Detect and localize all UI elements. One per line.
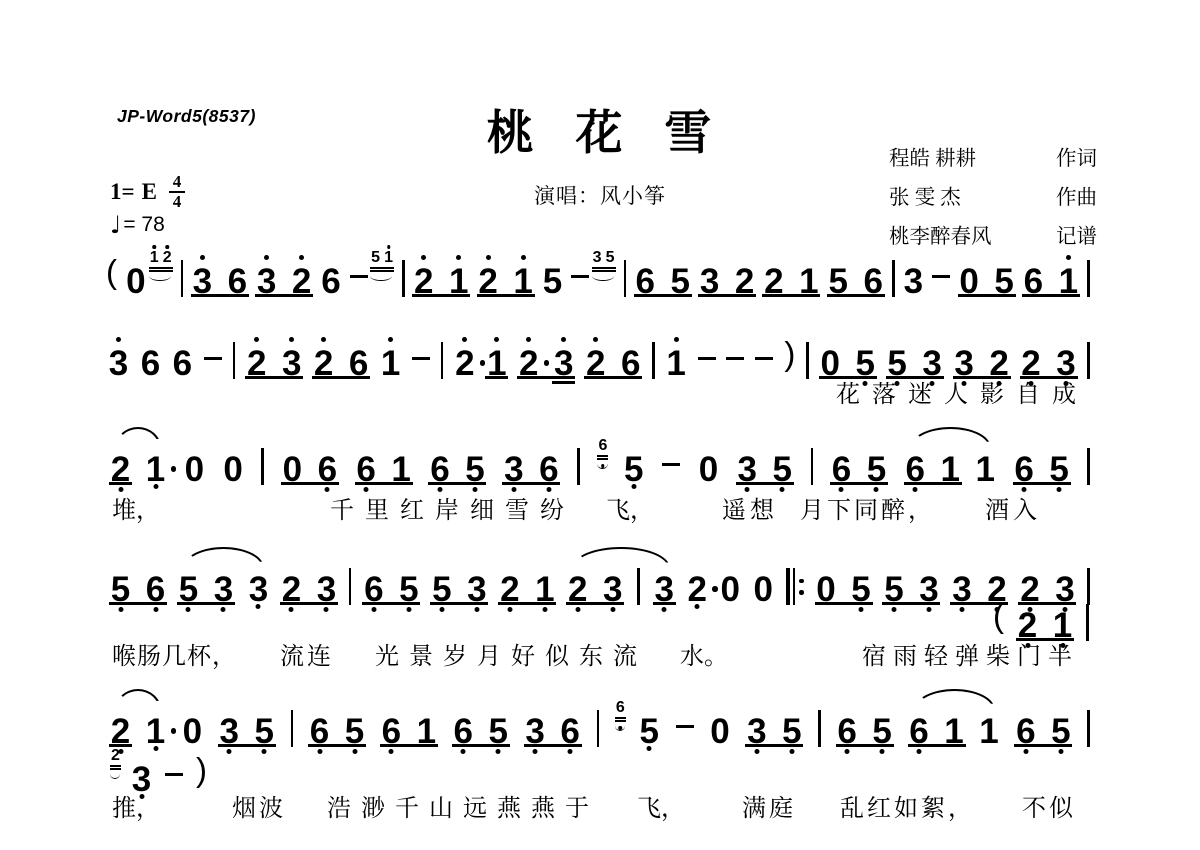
beam-line [362, 602, 420, 605]
octave-dot-below [496, 749, 501, 754]
octave-dot-zone [454, 330, 475, 344]
note-digit: 3 [922, 344, 943, 375]
repeat-thin-bar [793, 568, 795, 605]
grace-note: 1 [383, 250, 394, 266]
octave-dot-zone [429, 436, 450, 450]
beam-line [370, 270, 394, 272]
note: 0 [182, 698, 203, 742]
barline [892, 260, 895, 297]
note: 3 [219, 698, 240, 742]
octave-dot-zone [798, 248, 819, 262]
octave-dot-zone [753, 556, 774, 570]
note: 1 [448, 248, 469, 292]
note-digit: 5 [623, 450, 644, 481]
jianpu-line-1: (012363265121215356532215630561 [106, 248, 1090, 297]
octave-dot-below [507, 607, 512, 612]
octave-dot-zone [1056, 330, 1077, 344]
barline [261, 448, 264, 485]
grace-digit: 6 [597, 438, 608, 454]
octave-dot-below [568, 749, 573, 754]
note: 1 [666, 330, 687, 374]
octave-dot-zone [356, 436, 377, 450]
note-digit: 6 [317, 450, 338, 481]
octave-dot-zone [746, 698, 767, 712]
barline [577, 448, 580, 485]
note-digit: 3 [256, 262, 277, 293]
dash-note [755, 357, 773, 360]
beam-line [149, 270, 173, 272]
octave-dot-below [227, 749, 232, 754]
note-digit: 5 [872, 712, 893, 743]
note: 6 [429, 436, 450, 480]
octave-dot-below [601, 464, 605, 468]
octave-dot-zone [1050, 698, 1071, 712]
octave-dot-zone [687, 556, 708, 570]
note-digit: 1 [391, 450, 412, 481]
note-digit: 3 [503, 450, 524, 481]
octave-dot-zone [380, 330, 401, 344]
beam-group: 23 [246, 330, 302, 374]
octave-dot-zone [698, 436, 719, 450]
octave-dot-zone [398, 556, 419, 570]
note-digit: 5 [431, 570, 452, 601]
note-digit: 6 [356, 450, 377, 481]
note-digit: 6 [172, 344, 193, 375]
augmentation-dot [480, 360, 486, 366]
beam-group: 05 [820, 330, 876, 374]
beam-group: 61 [905, 436, 961, 480]
note: 0 [223, 436, 244, 480]
note: 6 [348, 330, 369, 374]
beam-group: 26 [313, 330, 369, 374]
note: 1 [940, 436, 961, 480]
note-digit: 3 [108, 344, 129, 375]
note: 5 [828, 248, 849, 292]
octave-dot-zone [391, 436, 412, 450]
octave-dot-above [1066, 255, 1071, 260]
note: 3 [131, 746, 152, 790]
score-area: (012363265121215356532215630561366232612… [0, 0, 1200, 850]
note: 1 [391, 436, 412, 480]
octave-dot-zone [182, 698, 203, 712]
octave-dot-zone [110, 436, 131, 450]
grace-note: 2 [110, 748, 121, 764]
parenthesis: ( [106, 253, 117, 291]
note-digit: 3 [918, 570, 939, 601]
octave-dot-zone [254, 698, 275, 712]
note-digit: 6 [831, 450, 852, 481]
barline [291, 710, 294, 747]
note-digit: 5 [398, 570, 419, 601]
sheet-music-page: JP-Word5(8537) 桃 花 雪 演唱：风小筝 程皓 耕耕 作词 张 雯… [0, 0, 1200, 850]
octave-dot-zone [654, 556, 675, 570]
grace-beams [149, 267, 173, 274]
note: 3 [903, 248, 924, 292]
note: 6 [560, 698, 581, 742]
note: 1 [1052, 592, 1073, 636]
jianpu-line-7: 23) [110, 746, 207, 790]
note: 5 [254, 698, 275, 742]
dash-note [204, 357, 222, 360]
note-digit: 2 [110, 450, 131, 481]
grace-slur [592, 274, 614, 281]
octave-dot-zone [1021, 330, 1042, 344]
note-digit: 3 [654, 570, 675, 601]
octave-dot-zone [538, 436, 559, 450]
jianpu-line-4: 565332365532123320005533223 [110, 556, 1090, 605]
note: 1 [798, 248, 819, 292]
lyric-segment: 月下同醉， [800, 490, 935, 525]
note: 1 [486, 330, 507, 374]
beam-group: 53 [887, 330, 943, 374]
note-digit: 0 [182, 712, 203, 743]
beam-line [412, 294, 470, 297]
note: 5 [464, 436, 485, 480]
note: 1 [513, 248, 534, 292]
octave-dot-below [153, 607, 158, 612]
note: 6 [635, 248, 656, 292]
barline [637, 568, 640, 605]
grace-row: 35 [592, 250, 616, 266]
beam-line [517, 376, 575, 379]
octave-dot-zone [837, 698, 858, 712]
note-digit: 0 [959, 262, 980, 293]
grace-note: 6 [597, 438, 608, 454]
note: 2 [763, 248, 784, 292]
beam-line [498, 602, 556, 605]
octave-dot-zone [872, 698, 893, 712]
note-digit: 3 [131, 760, 152, 791]
lyric-segment: 喉肠几杯， [112, 636, 237, 671]
note-digit: 3 [699, 262, 720, 293]
dash-note [165, 773, 183, 776]
beam-group: 36 [192, 248, 248, 292]
note-digit: 6 [837, 712, 858, 743]
note-digit: 3 [248, 570, 269, 601]
beam-line [255, 294, 313, 297]
octave-dot-below [118, 607, 123, 612]
tie-group: 611 [909, 698, 1000, 742]
grace-slur [370, 274, 392, 281]
octave-dot-zone [316, 556, 337, 570]
octave-dot-zone [909, 698, 930, 712]
lyric-segment: 宿雨轻弹柴门半 [862, 636, 1079, 671]
note: 5 [883, 556, 904, 600]
note: 3 [954, 330, 975, 374]
octave-dot-below [474, 607, 479, 612]
grace-notes: 51 [370, 250, 394, 281]
octave-dot-zone [710, 698, 731, 712]
lyric-segment: 不似 [1022, 788, 1076, 823]
note-digit: 6 [863, 262, 884, 293]
note: 2 [478, 248, 499, 292]
beam-group: 65 [1014, 436, 1070, 480]
beam-line [1013, 482, 1071, 485]
octave-dot-below [780, 487, 785, 492]
octave-dot-above [462, 337, 467, 342]
octave-dot-zone [989, 330, 1010, 344]
note-digit: 6 [429, 450, 450, 481]
octave-dot-zone [986, 556, 1007, 570]
octave-dot-above [254, 337, 259, 342]
octave-dot-zone [623, 436, 644, 450]
note: 6 [905, 436, 926, 480]
note-digit: 6 [309, 712, 330, 743]
octave-dot-zone [737, 436, 758, 450]
tie-group: 21 [110, 698, 166, 742]
dash-note [726, 357, 744, 360]
octave-dot-zone [145, 436, 166, 450]
grace-digit: 3 [592, 250, 603, 266]
octave-dot-zone [282, 436, 303, 450]
beam-line [312, 376, 370, 379]
beam-group: 36 [525, 698, 581, 742]
parenthesis: ( [993, 597, 1004, 635]
beam-line [592, 267, 616, 269]
grace-row: 12 [149, 250, 173, 266]
octave-dot-zone [883, 556, 904, 570]
octave-dot-zone [466, 556, 487, 570]
note-digit: 1 [486, 344, 507, 375]
note-digit: 3 [553, 344, 574, 375]
note-digit: 0 [125, 262, 146, 293]
octave-dot-zone [256, 248, 277, 262]
note: 5 [855, 330, 876, 374]
note: 0 [184, 436, 205, 480]
note-digit: 1 [1058, 262, 1079, 293]
grace-digit: 2 [162, 250, 173, 266]
beam-line [428, 482, 486, 485]
octave-dot-below [256, 604, 261, 609]
note: 6 [140, 330, 161, 374]
note-digit: 2 [1017, 606, 1038, 637]
note: 3 [737, 436, 758, 480]
note: 0 [753, 556, 774, 600]
note-digit: 0 [282, 450, 303, 481]
note-digit: 1 [1052, 606, 1073, 637]
beam-group: 05 [816, 556, 872, 600]
note-digit: 3 [737, 450, 758, 481]
octave-dot-zone [110, 556, 131, 570]
note-digit: 2 [585, 344, 606, 375]
octave-dot-zone [320, 248, 341, 262]
beam-line [218, 744, 276, 747]
note: 2 [110, 698, 131, 742]
repeat-dots [799, 568, 804, 605]
beam-line [109, 602, 167, 605]
note: 0 [720, 556, 741, 600]
note-digit: 1 [940, 450, 961, 481]
octave-dot-zone [918, 556, 939, 570]
note-digit: 6 [1014, 450, 1035, 481]
note-digit: 3 [1056, 344, 1077, 375]
octave-dot-zone [831, 436, 852, 450]
note: 5 [670, 248, 691, 292]
note-digit: 5 [464, 450, 485, 481]
beam-line [191, 294, 249, 297]
note-digit: 5 [866, 450, 887, 481]
note-digit: 5 [254, 712, 275, 743]
beam-line [653, 602, 676, 605]
beam-line [430, 602, 488, 605]
beam-line [615, 720, 626, 722]
lyric-segment: 酒入 [985, 490, 1041, 525]
note: 1 [380, 330, 401, 374]
octave-dot-zone [866, 436, 887, 450]
second-underline [552, 381, 575, 384]
grace-notes: 12 [149, 250, 173, 281]
note-digit: 5 [855, 344, 876, 375]
lyric-segment: 水。 [680, 636, 728, 671]
note-digit: 3 [746, 712, 767, 743]
lyric-segment: 浩渺千山远燕燕于 [327, 788, 599, 823]
beam-line [477, 294, 535, 297]
note-digit: 1 [145, 450, 166, 481]
note-digit: 6 [348, 344, 369, 375]
beam-group: 23 [518, 330, 574, 374]
beam-group: 53 [431, 556, 487, 600]
augmentation-dot [544, 360, 550, 366]
beam-line [524, 744, 582, 747]
beam-group: 21 [1017, 592, 1073, 636]
octave-dot-zone [513, 248, 534, 262]
octave-dot-below [754, 749, 759, 754]
note-digit: 1 [145, 712, 166, 743]
octave-dot-zone [951, 556, 972, 570]
note-digit: 2 [518, 344, 539, 375]
beam-group: 23 [567, 556, 623, 600]
beam-group: 56 [828, 248, 884, 292]
note-digit: 6 [381, 712, 402, 743]
note: 1 [975, 436, 996, 480]
note: 6 [837, 698, 858, 742]
beam-line [904, 482, 962, 485]
note: 5 [639, 698, 660, 742]
repeat-dot [799, 579, 804, 584]
note: 3 [918, 556, 939, 600]
octave-dot-zone [666, 330, 687, 344]
octave-dot-zone [887, 330, 908, 344]
beam-line [815, 602, 873, 605]
octave-dot-below [186, 607, 191, 612]
octave-dot-below [926, 607, 931, 612]
octave-dot-zone [248, 556, 269, 570]
note: 2 [687, 556, 708, 600]
octave-dot-zone [499, 556, 520, 570]
note: 3 [1056, 330, 1077, 374]
note-digit: 6 [363, 570, 384, 601]
beam-line [592, 270, 616, 272]
note-digit: 5 [851, 570, 872, 601]
octave-dot-below [845, 749, 850, 754]
octave-dot-zone [413, 248, 434, 262]
beam-line [245, 376, 303, 379]
beam-group: 21 [499, 556, 555, 600]
note-digit: 2 [567, 570, 588, 601]
note: 5 [542, 248, 563, 292]
octave-dot-zone [145, 556, 166, 570]
octave-dot-below [789, 749, 794, 754]
lyric-segment: 推， [112, 788, 160, 823]
beam-line [584, 376, 642, 379]
note: 6 [831, 436, 852, 480]
note-digit: 5 [344, 712, 365, 743]
octave-dot-zone [567, 556, 588, 570]
grace-digit: 5 [370, 250, 381, 266]
beam-line [882, 602, 940, 605]
octave-dot-below [533, 749, 538, 754]
octave-dot-below [575, 607, 580, 612]
note: 2 [1021, 330, 1042, 374]
grace-note: 5 [605, 250, 616, 266]
grace-digit: 1 [149, 250, 160, 266]
grace-notes: 2 [110, 748, 121, 779]
octave-dot-above [299, 255, 304, 260]
note-digit: 2 [734, 262, 755, 293]
beam-group: 61 [381, 698, 437, 742]
note: 1 [145, 698, 166, 742]
grace-beams [597, 455, 608, 462]
beam-line [452, 744, 510, 747]
octave-dot-below [262, 749, 267, 754]
jianpu-line-6: 2103565616536650356561165 [110, 698, 1090, 747]
octave-dot-zone [140, 330, 161, 344]
barline [811, 448, 814, 485]
note: 6 [356, 436, 377, 480]
note-digit: 1 [944, 712, 965, 743]
beam-group: 53 [883, 556, 939, 600]
note: 5 [872, 698, 893, 742]
grace-beams [110, 765, 121, 772]
note-digit: 5 [994, 262, 1015, 293]
note: 2 [518, 330, 539, 374]
note: 2 [291, 248, 312, 292]
octave-dot-above [456, 255, 461, 260]
beam-group: 23 [1021, 330, 1077, 374]
note-digit: 3 [219, 712, 240, 743]
note-digit: 2 [291, 262, 312, 293]
note: 2 [246, 330, 267, 374]
beam-group: 65 [1015, 698, 1071, 742]
beam-group: 23 [281, 556, 337, 600]
note-digit: 1 [416, 712, 437, 743]
note: 3 [213, 556, 234, 600]
note: 6 [381, 698, 402, 742]
note: 3 [316, 556, 337, 600]
note: 3 [248, 556, 269, 600]
note: 5 [866, 436, 887, 480]
note-digit: 2 [313, 344, 334, 375]
note-digit: 2 [413, 262, 434, 293]
note: 6 [909, 698, 930, 742]
octave-dot-zone [486, 330, 507, 344]
grace-notes: 35 [592, 250, 616, 281]
note-digit: 5 [670, 262, 691, 293]
note-digit: 5 [639, 712, 660, 743]
octave-dot-zone [602, 556, 623, 570]
octave-dot-zone [525, 698, 546, 712]
note: 3 [108, 330, 129, 374]
repeat-thick-bar [786, 568, 790, 605]
octave-dot-zone [560, 698, 581, 712]
octave-dot-zone [363, 556, 384, 570]
note: 2 [567, 556, 588, 600]
note: 6 [620, 330, 641, 374]
note-digit: 2 [478, 262, 499, 293]
note: 5 [431, 556, 452, 600]
note-digit: 3 [954, 344, 975, 375]
grace-slur [110, 772, 120, 779]
